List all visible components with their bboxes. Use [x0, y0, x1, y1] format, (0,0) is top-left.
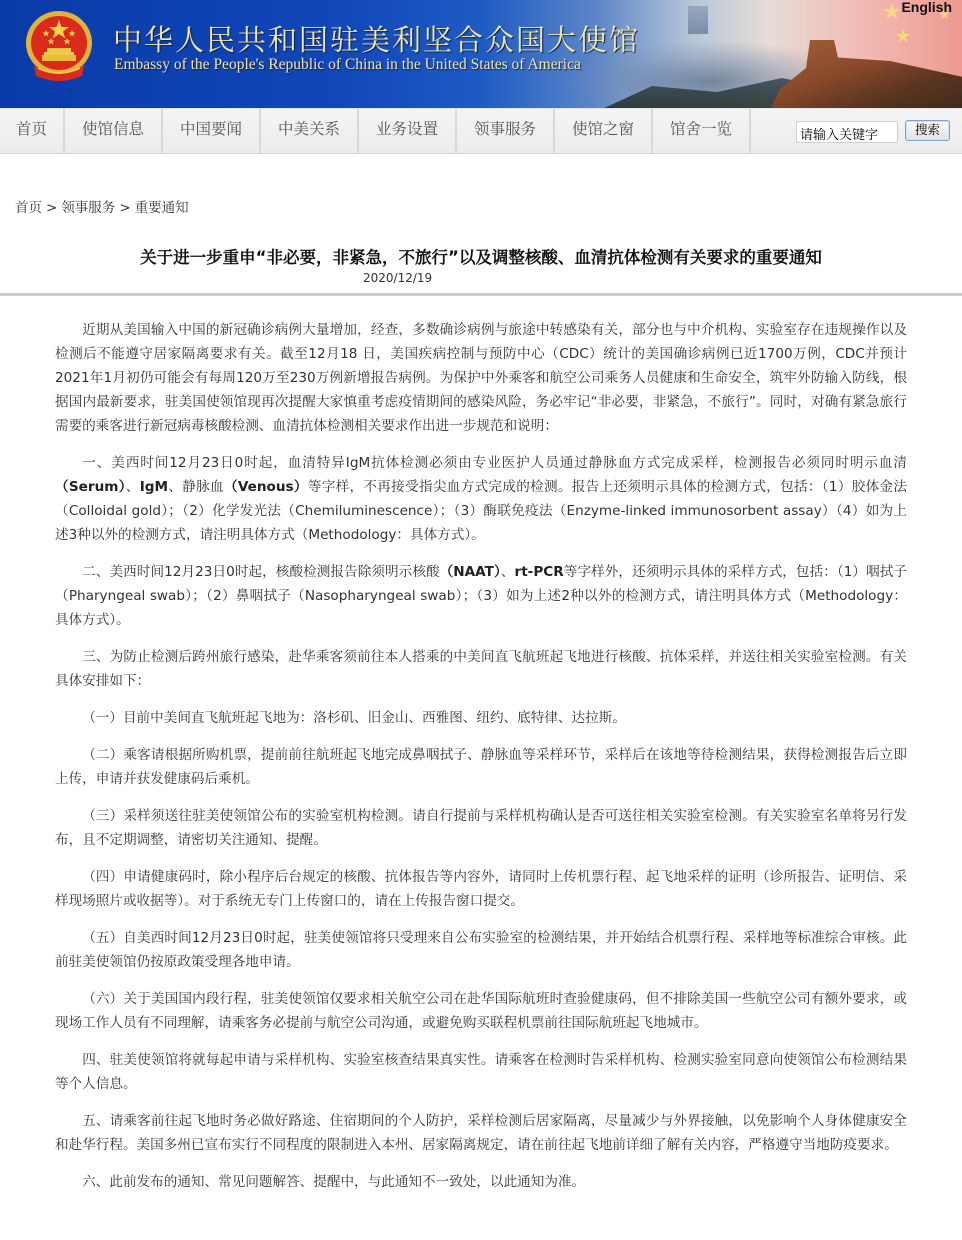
bold-term-serum: （Serum）: [55, 479, 126, 495]
paragraph-text: 二、美西时间12月23日0时起，核酸检测报告除须明示核酸: [82, 564, 439, 580]
great-wall-tower-image: [688, 6, 708, 34]
main-navigation: 首页 使馆信息 中国要闻 中美关系 业务设置 领事服务 使馆之窗 馆舍一览 请输…: [0, 108, 962, 154]
english-language-link[interactable]: English: [901, 0, 952, 15]
bold-term-igm: IgM: [140, 479, 168, 495]
paragraph-4-verification: 四、驻美使领馆将就每起申请与采样机构、实验室核查结果真实性。请乘客在检测时告采样…: [55, 1048, 907, 1096]
paragraph-6-precedence: 六、此前发布的通知、常见问题解答、提醒中，与此通知不一致处，以此通知为准。: [55, 1170, 907, 1194]
paragraph-3-item-6: （六）关于美国国内段行程，驻美使领馆仅要求相关航空公司在赴华国际航班时查验健康码…: [55, 987, 907, 1035]
paragraph-3-item-3: （三）采样须送往驻美使领馆公布的实验室机构检测。请自行提前与采样机构确认是否可送…: [55, 804, 907, 852]
paragraph-3-item-5: （五）自美西时间12月23日0时起，驻美使领馆将只受理来自公布实验室的检测结果，…: [55, 926, 907, 974]
paragraph-text: 、: [126, 479, 140, 495]
article-body: 近期从美国输入中国的新冠确诊病例大量增加，经查，多数确诊病例与旅途中转感染有关，…: [55, 318, 907, 1207]
title-divider: [0, 293, 962, 296]
nav-item-home[interactable]: 首页: [0, 109, 65, 154]
paragraph-3-item-1: （一）目前中美间直飞航班起飞地为：洛杉矶、旧金山、西雅图、纽约、底特律、达拉斯。: [55, 706, 907, 730]
nav-item-china-us-relations[interactable]: 中美关系: [261, 109, 359, 154]
paragraph-intro: 近期从美国输入中国的新冠确诊病例大量增加，经查，多数确诊病例与旅途中转感染有关，…: [55, 318, 907, 438]
breadcrumb-consular-services-link[interactable]: 领事服务: [61, 196, 115, 216]
nav-item-embassy-info[interactable]: 使馆信息: [65, 109, 163, 154]
bold-term-naat: （NAAT）: [440, 564, 501, 580]
site-banner: ★ ★ ★ 中华人民共和国驻美利坚合众国大使馆 Embassy of the P…: [0, 0, 962, 108]
paragraph-3-item-4: （四）申请健康码时，除小程序后台规定的核酸、抗体报告等内容外，请同时上传机票行程…: [55, 865, 907, 913]
nav-item-consular-services[interactable]: 领事服务: [457, 109, 555, 154]
paragraph-3-cross-state: 三、为防止检测后跨州旅行感染，赴华乘客须前往本人搭乘的中美间直飞航班起飞地进行核…: [55, 645, 907, 693]
breadcrumb: 首页>领事服务>重要通知: [15, 196, 189, 216]
search-button[interactable]: 搜索: [905, 120, 950, 141]
flag-star-icon: ★: [882, 2, 902, 24]
bold-term-rt-pcr: rt-PCR: [514, 564, 563, 580]
breadcrumb-separator: >: [46, 200, 57, 216]
article-title: 关于进一步重申“非必要，非紧急，不旅行”以及调整核酸、血清抗体检测有关要求的重要…: [0, 244, 962, 268]
breadcrumb-home-link[interactable]: 首页: [15, 196, 42, 216]
paragraph-text: 一、美西时间12月23日0时起，血清特异IgM抗体检测必须由专业医护人员通过静脉…: [82, 455, 907, 471]
nav-item-premises-overview[interactable]: 馆舍一览: [653, 109, 751, 154]
flag-star-icon: ★: [895, 28, 911, 46]
breadcrumb-current-page[interactable]: 重要通知: [135, 196, 189, 216]
article-date: 2020/12/19: [363, 271, 432, 285]
paragraph-2-nucleic-acid: 二、美西时间12月23日0时起，核酸检测报告除须明示核酸（NAAT）、rt-PC…: [55, 560, 907, 632]
paragraph-5-protection: 五、请乘客前往起飞地时务必做好路途、住宿期间的个人防护，采样检测后居家隔离，尽量…: [55, 1109, 907, 1157]
site-title-chinese: 中华人民共和国驻美利坚合众国大使馆: [113, 18, 640, 59]
nav-item-embassy-window[interactable]: 使馆之窗: [555, 109, 653, 154]
search-input[interactable]: 请输入关键字: [796, 121, 898, 143]
nav-item-departments[interactable]: 业务设置: [359, 109, 457, 154]
breadcrumb-separator: >: [119, 200, 130, 216]
site-title-english: Embassy of the People's Republic of Chin…: [114, 56, 581, 74]
paragraph-text: 、静脉血: [168, 479, 224, 495]
paragraph-text: 、: [501, 564, 515, 580]
bold-term-venous: （Venous）: [224, 479, 308, 495]
paragraph-3-item-2: （二）乘客请根据所购机票，提前前往航班起飞地完成鼻咽拭子、静脉血等采样环节，采样…: [55, 743, 907, 791]
paragraph-1-serology: 一、美西时间12月23日0时起，血清特异IgM抗体检测必须由专业医护人员通过静脉…: [55, 451, 907, 547]
nav-item-china-news[interactable]: 中国要闻: [163, 109, 261, 154]
national-emblem-icon: [24, 10, 94, 84]
